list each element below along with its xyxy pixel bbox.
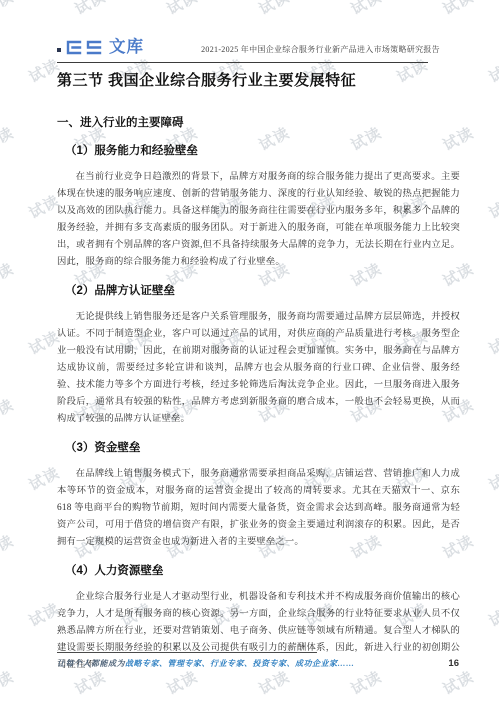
watermark-text: 试读 (485, 54, 499, 88)
footer-rule (57, 652, 317, 653)
subsection-title: 一、进入行业的主要障碍 (57, 116, 460, 130)
barrier-body: 在品牌线上销售服务模式下，服务商通常需要承担商品采购、店铺运营、营销推广和人力成… (57, 466, 460, 551)
document-page: 试读试读试读试读试读试读试读试读试读试读试读试读试读试读试读试读试读试读试读试读… (0, 0, 499, 706)
watermark-text: 试读 (0, 666, 17, 700)
logo-glyph-2-icon (85, 38, 103, 56)
logo-glyph-1-icon (65, 38, 83, 56)
barrier-body: 无论提供线上销售服务还是客户关系管理服务，服务商均需要通过品牌方层层筛选，并授权… (57, 309, 460, 428)
barrier-heading: （2）品牌方认证壁垒 (57, 284, 460, 298)
watermark-text: 试读 (485, 462, 499, 496)
barrier-heading: （1）服务能力和经验壁垒 (57, 144, 460, 158)
page-content: 文库 2021-2025 年中国企业综合服务行业新产品进入市场策略研究报告 第三… (57, 0, 460, 674)
watermark-text: 试读 (485, 598, 499, 632)
page-footer: 让每个人都能成为战略专家、管理专家、行业专家、投资专家、成功企业家…… 16 (57, 652, 460, 669)
section-title: 第三节 我国企业综合服务行业主要发展特征 (57, 71, 460, 91)
slogan-prefix: 让每个人都能成为 (57, 659, 125, 668)
watermark-text: 试读 (485, 326, 499, 360)
watermark-text: 试读 (0, 122, 17, 156)
watermark-text: 试读 (0, 0, 17, 19)
logo-dot-icon (57, 48, 61, 52)
barrier-heading: （4）人力资源壁垒 (57, 564, 460, 578)
brand-logo: 文库 (57, 38, 144, 56)
barrier-heading: （3）资金壁垒 (57, 441, 460, 455)
barrier-item: （3）资金壁垒 在品牌线上销售服务模式下，服务商通常需要承担商品采购、店铺运营、… (57, 441, 460, 551)
watermark-text: 试读 (0, 394, 17, 428)
slogan-highlight: 战略专家、管理专家、行业专家、投资专家、成功企业家…… (125, 659, 355, 668)
logo-text: 文库 (109, 38, 144, 56)
watermark-text: 试读 (0, 530, 17, 564)
header-rule (57, 62, 428, 63)
barrier-body: 在当前行业竞争日趋激烈的背景下，品牌方对服务商的综合服务能力提出了更高要求。主要… (57, 169, 460, 271)
brand-row: 文库 2021-2025 年中国企业综合服务行业新产品进入市场策略研究报告 (57, 29, 460, 56)
watermark-text: 试读 (485, 190, 499, 224)
footer-slogan: 让每个人都能成为战略专家、管理专家、行业专家、投资专家、成功企业家…… (57, 658, 448, 669)
footer-row: 让每个人都能成为战略专家、管理专家、行业专家、投资专家、成功企业家…… 16 (57, 658, 460, 669)
barrier-item: （1）服务能力和经验壁垒 在当前行业竞争日趋激烈的背景下，品牌方对服务商的综合服… (57, 144, 460, 271)
report-title: 2021-2025 年中国企业综合服务行业新产品进入市场策略研究报告 (144, 44, 460, 56)
page-header: 文库 2021-2025 年中国企业综合服务行业新产品进入市场策略研究报告 (57, 0, 460, 63)
barrier-item: （2）品牌方认证壁垒 无论提供线上销售服务还是客户关系管理服务，服务商均需要通过… (57, 284, 460, 428)
watermark-text: 试读 (0, 258, 17, 292)
page-number: 16 (448, 658, 460, 669)
